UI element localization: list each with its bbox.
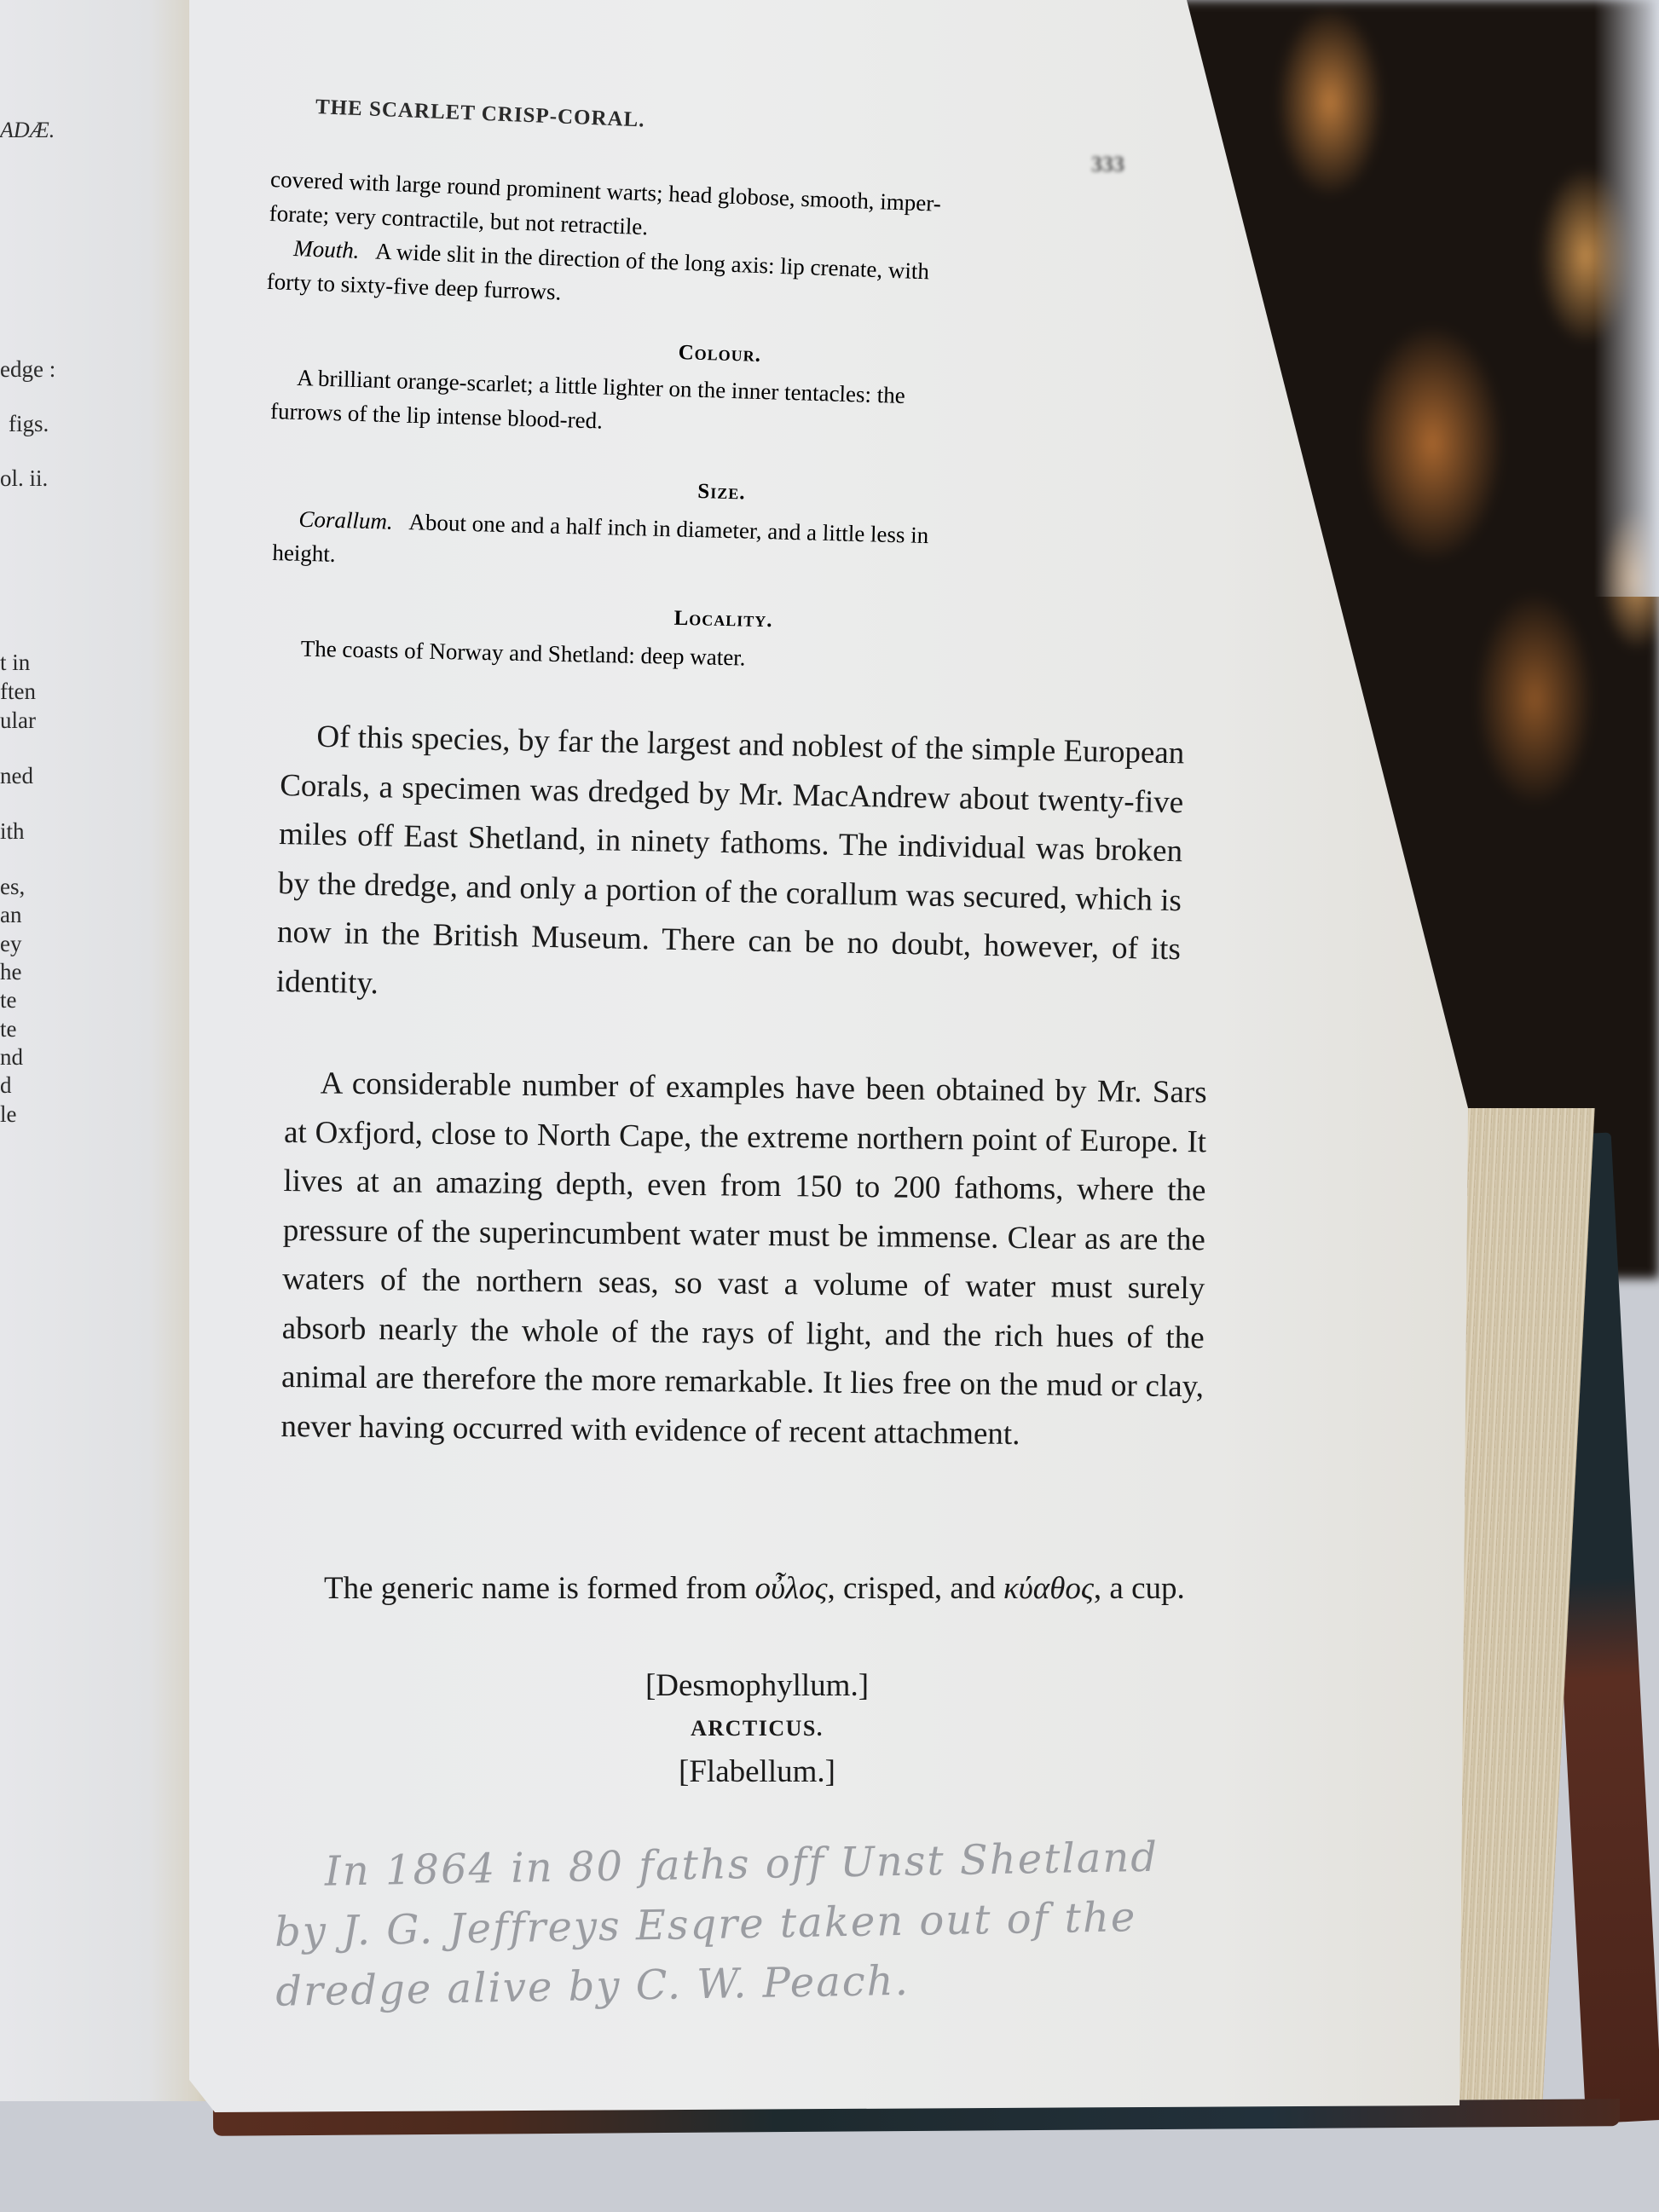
paragraph-text: The generic name is formed from οὖλος, c… [288,1564,1207,1614]
left-line-fragment: an [0,902,21,928]
text-span: , a cup. [1094,1571,1185,1606]
description-block: covered with large round prominent warts… [266,162,941,323]
left-line-fragment: es, [0,874,25,900]
paragraph-text: Of this species, by far the largest and … [275,712,1184,1023]
genus-annotations: [Desmophyllum.] ARCTICUS. [Flabellum.] [288,1662,1243,1797]
paragraph-text: A considerable number of examples have b… [280,1059,1207,1460]
left-running-head-fragment: ADÆ. [0,118,55,143]
left-line-fragment: figs. [9,411,49,437]
left-line-fragment: nd [0,1044,23,1071]
left-line-fragment: ften [0,679,36,705]
left-line-fragment: ned [0,763,33,789]
body-paragraph-1: Of this species, by far the largest and … [275,712,1184,1023]
left-line-fragment: te [0,1016,17,1042]
greek-word: κύαθος [1003,1571,1094,1606]
genus-flabellum: [Flabellum.] [271,1747,1243,1797]
page-number: 333 [1091,152,1124,177]
greek-word: οὖλος [754,1571,827,1606]
text-span: , crisped, and [828,1571,996,1606]
left-line-fragment: le [0,1101,17,1128]
handwritten-pencil-note: In 1864 in 80 faths off Unst Shetland by… [273,1822,1426,2022]
background-surface [1594,0,1659,597]
left-line-fragment: ey [0,931,21,957]
left-line-fragment: te [0,987,17,1014]
body-paragraph-2: A considerable number of examples have b… [280,1059,1207,1460]
corallum-label: Corallum. [298,506,393,534]
left-line-fragment: ith [0,818,25,845]
species-name: ARCTICUS. [271,1710,1243,1747]
body-paragraph-3: The generic name is formed from οὖλος, c… [288,1564,1207,1614]
left-line-fragment: ular [0,707,36,734]
text-span: The generic name is formed from [324,1571,754,1606]
left-line-fragment: edge : [0,356,55,383]
left-page: ADÆ. edge : figs. ol. ii. t in ften ular… [0,0,213,2101]
genus-desmophyllum: [Desmophyllum.] [271,1662,1243,1710]
left-line-fragment: t in [0,650,30,676]
left-line-fragment: ol. ii. [0,465,48,492]
left-line-fragment: he [0,959,21,985]
mouth-label: Mouth. [293,235,360,263]
left-line-fragment: d [0,1072,12,1099]
